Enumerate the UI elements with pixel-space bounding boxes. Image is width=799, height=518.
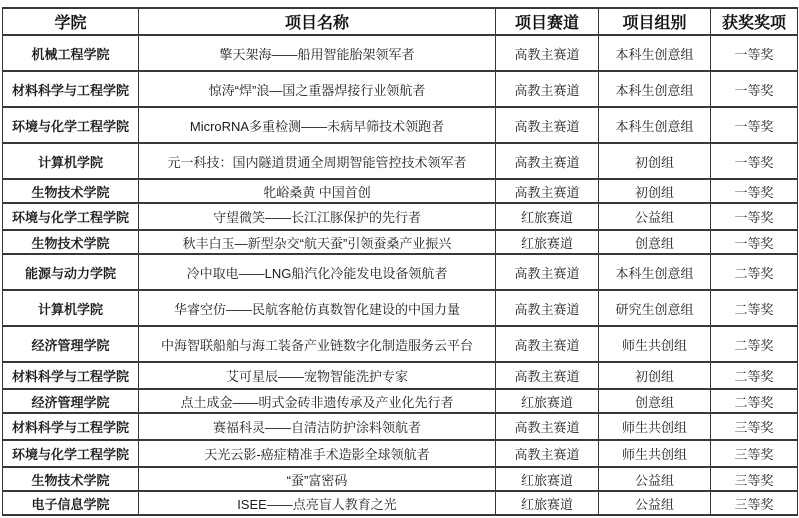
project-cell: 天光云影-癌症精准手术造影全球领航者 — [139, 440, 496, 467]
award-cell: 二等奖 — [711, 326, 798, 362]
college-cell: 环境与化学工程学院 — [3, 107, 139, 143]
college-cell: 生物技术学院 — [3, 179, 139, 203]
project-cell: 华睿空仿——民航客舱仿真数智化建设的中国力量 — [139, 290, 496, 326]
award-cell: 一等奖 — [711, 143, 798, 179]
track-cell: 高教主赛道 — [496, 35, 599, 71]
group-cell: 创意组 — [599, 389, 711, 413]
col-header-award: 获奖奖项 — [711, 8, 798, 35]
award-cell: 一等奖 — [711, 35, 798, 71]
college-cell: 电子信息学院 — [3, 491, 139, 515]
college-cell: 材料科学与工程学院 — [3, 71, 139, 107]
college-cell: 材料科学与工程学院 — [3, 413, 139, 440]
track-cell: 高教主赛道 — [496, 107, 599, 143]
track-cell: 高教主赛道 — [496, 413, 599, 440]
group-cell: 公益组 — [599, 467, 711, 491]
college-cell: 经济管理学院 — [3, 389, 139, 413]
track-cell: 高教主赛道 — [496, 440, 599, 467]
college-cell: 计算机学院 — [3, 143, 139, 179]
table-row: 电子信息学院 ISEE——点亮盲人教育之光 红旅赛道 公益组 三等奖 — [3, 491, 798, 515]
group-cell: 本科生创意组 — [599, 35, 711, 71]
group-cell: 师生共创组 — [599, 440, 711, 467]
college-cell: 生物技术学院 — [3, 467, 139, 491]
col-header-project: 项目名称 — [139, 8, 496, 35]
group-cell: 公益组 — [599, 491, 711, 515]
award-cell: 三等奖 — [711, 491, 798, 515]
table-row: 经济管理学院 点土成金——明式金砖非遗传承及产业化先行者 红旅赛道 创意组 二等… — [3, 389, 798, 413]
group-cell: 本科生创意组 — [599, 71, 711, 107]
project-cell: 惊涛“焊”浪—国之重器焊接行业领航者 — [139, 71, 496, 107]
group-cell: 公益组 — [599, 203, 711, 230]
college-cell: 生物技术学院 — [3, 230, 139, 254]
group-cell: 初创组 — [599, 179, 711, 203]
award-cell: 二等奖 — [711, 362, 798, 389]
college-cell: 机械工程学院 — [3, 35, 139, 71]
track-cell: 高教主赛道 — [496, 143, 599, 179]
table-row: 材料科学与工程学院 赛福科灵——自清洁防护涂料领航者 高教主赛道 师生共创组 三… — [3, 413, 798, 440]
table-row: 计算机学院 华睿空仿——民航客舱仿真数智化建设的中国力量 高教主赛道 研究生创意… — [3, 290, 798, 326]
track-cell: 红旅赛道 — [496, 230, 599, 254]
col-header-track: 项目赛道 — [496, 8, 599, 35]
project-cell: 中海智联船舶与海工装备产业链数字化制造服务云平台 — [139, 326, 496, 362]
project-cell: 元一科技：国内隧道贯通全周期智能管控技术领军者 — [139, 143, 496, 179]
table-row: 环境与化学工程学院 天光云影-癌症精准手术造影全球领航者 高教主赛道 师生共创组… — [3, 440, 798, 467]
track-cell: 高教主赛道 — [496, 290, 599, 326]
track-cell: 高教主赛道 — [496, 326, 599, 362]
group-cell: 师生共创组 — [599, 326, 711, 362]
award-table: 学院 项目名称 项目赛道 项目组别 获奖奖项 机械工程学院 擎天架海——船用智能… — [2, 7, 798, 516]
track-cell: 红旅赛道 — [496, 389, 599, 413]
award-cell: 一等奖 — [711, 203, 798, 230]
group-cell: 研究生创意组 — [599, 290, 711, 326]
col-header-group: 项目组别 — [599, 8, 711, 35]
table-row: 经济管理学院 中海智联船舶与海工装备产业链数字化制造服务云平台 高教主赛道 师生… — [3, 326, 798, 362]
col-header-college: 学院 — [3, 8, 139, 35]
project-cell: “蚕”富密码 — [139, 467, 496, 491]
track-cell: 高教主赛道 — [496, 71, 599, 107]
track-cell: 红旅赛道 — [496, 467, 599, 491]
track-cell: 高教主赛道 — [496, 254, 599, 290]
college-cell: 材料科学与工程学院 — [3, 362, 139, 389]
award-cell: 一等奖 — [711, 71, 798, 107]
college-cell: 环境与化学工程学院 — [3, 203, 139, 230]
college-cell: 环境与化学工程学院 — [3, 440, 139, 467]
track-cell: 高教主赛道 — [496, 362, 599, 389]
project-cell: 点土成金——明式金砖非遗传承及产业化先行者 — [139, 389, 496, 413]
project-cell: 秋丰白玉—新型杂交“航天蚕”引领蚕桑产业振兴 — [139, 230, 496, 254]
project-cell: 守望微笑——长江江豚保护的先行者 — [139, 203, 496, 230]
group-cell: 初创组 — [599, 143, 711, 179]
track-cell: 红旅赛道 — [496, 491, 599, 515]
table-row: 机械工程学院 擎天架海——船用智能胎架领军者 高教主赛道 本科生创意组 一等奖 — [3, 35, 798, 71]
college-cell: 计算机学院 — [3, 290, 139, 326]
table-row: 计算机学院 元一科技：国内隧道贯通全周期智能管控技术领军者 高教主赛道 初创组 … — [3, 143, 798, 179]
table-row: 环境与化学工程学院 MicroRNA多重检测——未病早筛技术领跑者 高教主赛道 … — [3, 107, 798, 143]
header-row: 学院 项目名称 项目赛道 项目组别 获奖奖项 — [3, 8, 798, 35]
table-row: 能源与动力学院 冷中取电——LNG船汽化冷能发电设备领航者 高教主赛道 本科生创… — [3, 254, 798, 290]
track-cell: 高教主赛道 — [496, 179, 599, 203]
award-cell: 一等奖 — [711, 230, 798, 254]
group-cell: 本科生创意组 — [599, 107, 711, 143]
award-cell: 三等奖 — [711, 440, 798, 467]
table-row: 生物技术学院 秋丰白玉—新型杂交“航天蚕”引领蚕桑产业振兴 红旅赛道 创意组 一… — [3, 230, 798, 254]
project-cell: MicroRNA多重检测——未病早筛技术领跑者 — [139, 107, 496, 143]
college-cell: 能源与动力学院 — [3, 254, 139, 290]
group-cell: 创意组 — [599, 230, 711, 254]
award-cell: 二等奖 — [711, 254, 798, 290]
project-cell: 艾可星辰——宠物智能洗护专家 — [139, 362, 496, 389]
table-row: 材料科学与工程学院 惊涛“焊”浪—国之重器焊接行业领航者 高教主赛道 本科生创意… — [3, 71, 798, 107]
project-cell: 冷中取电——LNG船汽化冷能发电设备领航者 — [139, 254, 496, 290]
table-row: 生物技术学院 “蚕”富密码 红旅赛道 公益组 三等奖 — [3, 467, 798, 491]
college-cell: 经济管理学院 — [3, 326, 139, 362]
group-cell: 师生共创组 — [599, 413, 711, 440]
award-cell: 三等奖 — [711, 413, 798, 440]
project-cell: 擎天架海——船用智能胎架领军者 — [139, 35, 496, 71]
table-row: 环境与化学工程学院 守望微笑——长江江豚保护的先行者 红旅赛道 公益组 一等奖 — [3, 203, 798, 230]
group-cell: 本科生创意组 — [599, 254, 711, 290]
group-cell: 初创组 — [599, 362, 711, 389]
award-cell: 三等奖 — [711, 467, 798, 491]
table-row: 材料科学与工程学院 艾可星辰——宠物智能洗护专家 高教主赛道 初创组 二等奖 — [3, 362, 798, 389]
track-cell: 红旅赛道 — [496, 203, 599, 230]
table-row: 生物技术学院 牝峪桑黄 中国首创 高教主赛道 初创组 一等奖 — [3, 179, 798, 203]
award-cell: 一等奖 — [711, 107, 798, 143]
award-cell: 一等奖 — [711, 179, 798, 203]
project-cell: 牝峪桑黄 中国首创 — [139, 179, 496, 203]
award-cell: 二等奖 — [711, 389, 798, 413]
project-cell: 赛福科灵——自清洁防护涂料领航者 — [139, 413, 496, 440]
page: 学院 项目名称 项目赛道 项目组别 获奖奖项 机械工程学院 擎天架海——船用智能… — [0, 0, 799, 518]
project-cell: ISEE——点亮盲人教育之光 — [139, 491, 496, 515]
award-cell: 二等奖 — [711, 290, 798, 326]
